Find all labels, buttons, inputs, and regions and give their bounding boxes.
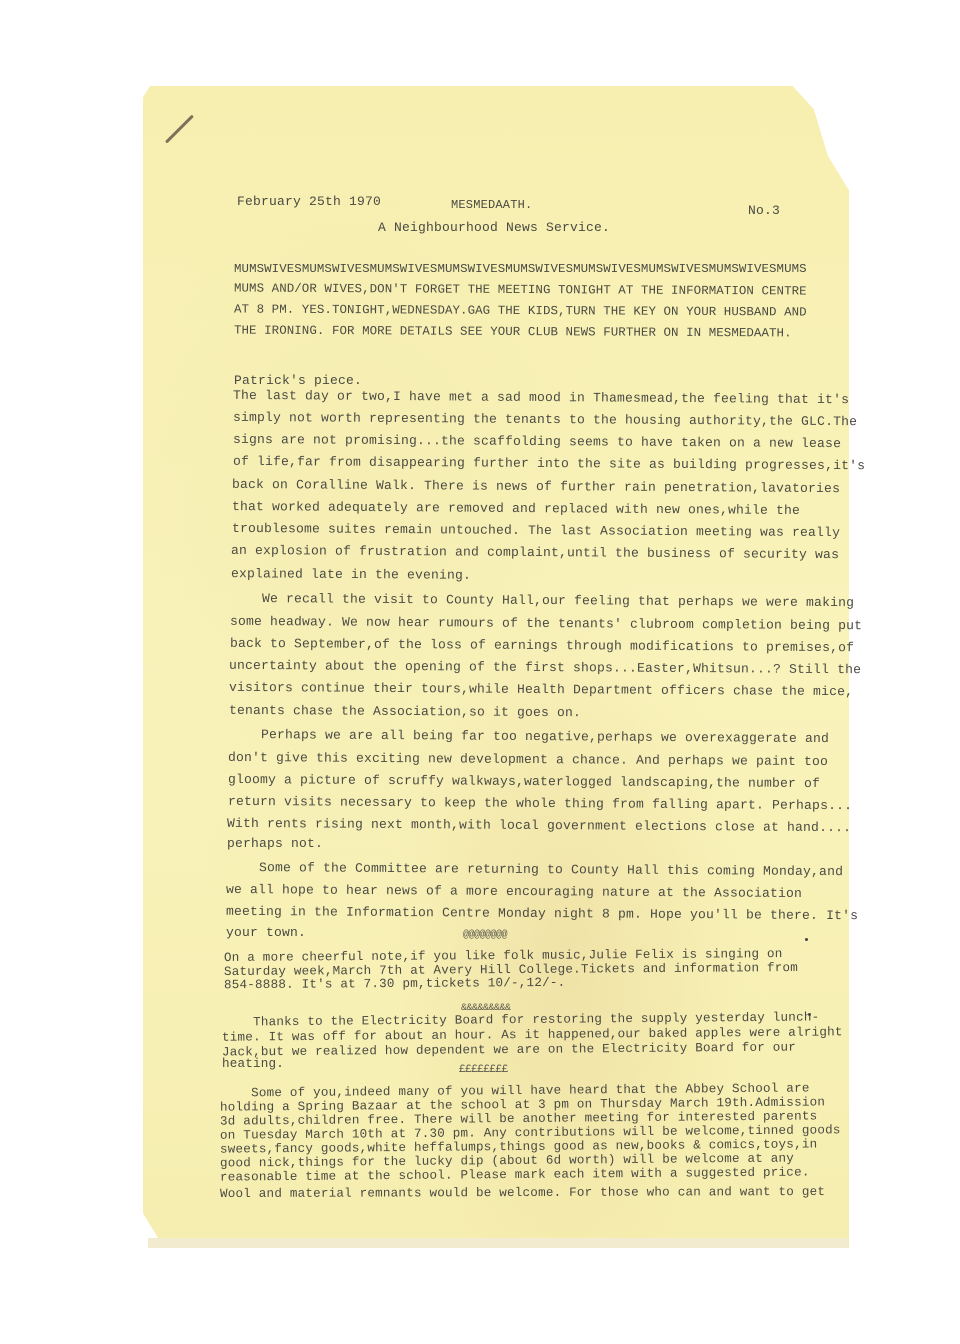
divider-ornament: @@@@@@@@ [463,930,507,941]
ink-speck [805,938,808,941]
paper-bottom-edge [148,1238,848,1248]
banner-line: AT 8 PM. YES.TONIGHT,WEDNESDAY.GAG THE K… [234,304,807,319]
text-line: your town. [226,926,306,939]
text-line: perhaps not. [227,837,323,850]
banner-line: MUMS AND/OR WIVES,DON'T FORGET THE MEETI… [234,283,807,298]
issue-date: February 25th 1970 [237,195,381,208]
banner-line: MUMSWIVESMUMSWIVESMUMSWIVESMUMSWIVESMUMS… [234,263,807,275]
issue-number: No.3 [748,204,780,217]
text-line: gloomy a picture of scruffy walkways,wat… [228,773,820,790]
text-line: don't give this exciting new development… [228,751,828,768]
text-line: we all hope to hear news of a more encou… [226,883,802,900]
text-line: 854-8888. It's at 7.30 pm,tickets 10/-,1… [224,977,565,992]
text-line: Wool and material remnants would be welc… [220,1186,825,1201]
text-line: explained late in the evening. [231,567,471,582]
banner-line: THE IRONING. FOR MORE DETAILS SEE YOUR C… [234,325,792,340]
text-line: tenants chase the Association,so it goes… [229,704,581,719]
divider-ornament: ££££££££ [459,1064,508,1076]
text-line: that worked adequately are removed and r… [232,500,800,517]
text-line: heating. [222,1058,284,1071]
section-heading: Patrick's piece. [234,374,362,387]
text-line: Perhaps we are all being far too negativ… [229,728,829,745]
newsletter-subtitle: A Neighbourhood News Service. [378,221,610,234]
newsletter-title: MESMEDAATH. [451,199,532,211]
